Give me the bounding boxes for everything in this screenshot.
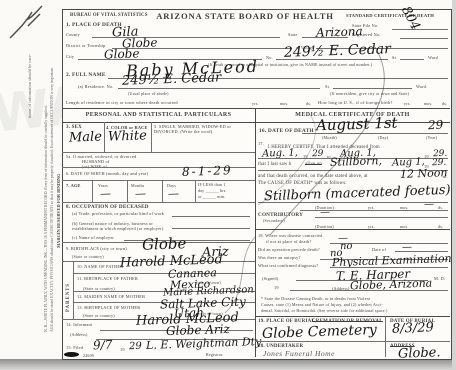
state-or-country-label-3: (State or country) xyxy=(83,313,115,318)
margin-nb-note: N. B.—WRITE PLAINLY, WITH UNFADING INK—T… xyxy=(44,105,48,332)
mother-birthplace-label: 13. BIRTHPLACE OF MOTHER xyxy=(77,305,140,310)
length-residence-label: Length of residence in city or town wher… xyxy=(66,100,178,105)
mother-maiden-label: 12. MAIDEN NAME OF MOTHER xyxy=(77,294,145,299)
father-name-label: 10. NAME OF FATHER xyxy=(77,264,123,269)
age-label: 7. AGE xyxy=(66,183,81,188)
if-less-line2: day ______ hrs. xyxy=(198,188,227,193)
undertaker-value: Jones Funeral Home xyxy=(263,349,335,358)
year-label: (Year) xyxy=(426,135,437,140)
margin-nb-note-2: AGE should be stated EXACTLY. PHYSICIANS… xyxy=(50,67,54,332)
form-line xyxy=(302,37,348,38)
footnote-line3: dental, Suicidal, or Homicidal. (See rev… xyxy=(261,308,387,313)
test-confirmed-label: What test confirmed diagnosis? xyxy=(258,263,318,268)
standard-cert-heading: STANDARD CERTIFICATE OF DEATH xyxy=(346,13,434,18)
form-line xyxy=(392,29,448,30)
scan-edge-right xyxy=(452,0,456,370)
occupation-a-label: (a) Trade, profession, or particular kin… xyxy=(72,211,170,216)
form-line xyxy=(400,38,448,39)
informant-label: 14. Informant xyxy=(66,322,92,327)
form-stamp xyxy=(64,352,79,357)
date-of-label: Date of xyxy=(372,247,386,252)
board-title: ARIZONA STATE BOARD OF HEALTH xyxy=(140,11,350,21)
cell-divider xyxy=(104,122,105,152)
occupation-label: 8. OCCUPATION OF DECEASED xyxy=(66,204,149,210)
pen-flourish xyxy=(250,45,420,240)
form-line xyxy=(92,37,280,38)
pen-flourish-left xyxy=(215,235,260,315)
cell-divider xyxy=(195,180,196,202)
parents-group-label: PARENTS xyxy=(66,283,71,312)
signed-19-label: 19 xyxy=(274,285,279,290)
abode-note: (Usual place of abode) xyxy=(128,91,169,96)
occupation-b-label: (b) General nature of industry, business… xyxy=(72,221,170,232)
state-label: State xyxy=(288,32,298,37)
form-line xyxy=(62,202,255,203)
meridiem-label: m. xyxy=(443,174,448,179)
age-years-value: — xyxy=(100,187,111,200)
operation-label: Did an operation precede death? xyxy=(258,247,320,252)
md-label: M. D. xyxy=(434,276,445,281)
undertaker-address-value: Globe. xyxy=(398,345,441,361)
margin-edge-note: items of information should be care- xyxy=(27,54,32,118)
filed-year-value: 29 xyxy=(129,341,142,352)
filed-19-label: 19 xyxy=(120,347,125,352)
dob-label: 6. DATE OF BIRTH (month, day and year) xyxy=(66,171,148,176)
place-of-burial-label: 19. PLACE OF BURIAL, xyxy=(258,319,316,324)
if-less-line3: or ______ min. xyxy=(198,194,225,199)
county-label: County xyxy=(66,32,80,37)
father-birthplace-label: 11. BIRTHPLACE OF FATHER xyxy=(77,276,138,281)
state-or-country-label: (State or country) xyxy=(72,254,104,259)
form-line xyxy=(172,228,250,229)
form-line xyxy=(172,216,250,217)
city-label: City xyxy=(66,54,74,59)
date-of-death-year: 29 xyxy=(428,118,444,133)
marital-label: 5. SINGLE, MARRIED, WIDOW-ED or DIVORCED… xyxy=(154,124,250,135)
residence-label: (a) Residence. No. xyxy=(78,84,114,89)
corner-scribble xyxy=(6,2,46,42)
dob-value: 8-1-29 xyxy=(182,163,233,179)
ward-label: Ward xyxy=(428,55,438,60)
duration-dash: — xyxy=(424,199,434,210)
age-days-value: — xyxy=(168,187,179,200)
form-line xyxy=(62,180,255,181)
full-name-label: 2. FULL NAME xyxy=(66,72,106,78)
margin-binding-note: MARGIN RESERVED FOR BINDING xyxy=(56,174,61,248)
cell-divider xyxy=(162,180,163,202)
cell-divider xyxy=(385,316,386,357)
autopsy-label: Was there an autopsy? xyxy=(258,255,301,260)
if-less-line1: IF LESS than 1 xyxy=(198,182,226,187)
form-line xyxy=(255,341,450,342)
signed-label: (Signed) xyxy=(262,276,278,281)
personal-section-title: PERSONAL AND STATISTICAL PARTICULARS xyxy=(62,112,255,118)
form-number: 22609 xyxy=(83,353,94,358)
scan-edge-bottom xyxy=(0,359,456,370)
footnote-line2: Causes, state (1) Means and Nature of In… xyxy=(261,302,383,307)
informant-address-label: (Address) xyxy=(70,332,88,337)
cell-divider xyxy=(92,180,93,202)
form-line xyxy=(255,316,450,317)
cell-divider xyxy=(151,122,152,152)
filed-label: 15. Filed xyxy=(66,345,83,350)
parents-indent-line xyxy=(73,261,74,319)
filed-date-value: 9/7 xyxy=(93,338,113,353)
form-line xyxy=(62,152,255,153)
date-of-burial-value: 8/3/29 xyxy=(392,320,434,336)
occupation-c-label: (c) Name of employer xyxy=(72,235,114,240)
death-certificate-scan: WA items of information should be care- … xyxy=(0,0,456,370)
bureau-heading: BUREAU OF VITAL STATISTICS xyxy=(70,13,148,18)
form-line xyxy=(290,290,448,291)
mos-label-2: mos. xyxy=(424,101,432,106)
race-value: White xyxy=(108,128,147,144)
birthplace-label: 9. BIRTHPLACE (city or town) xyxy=(66,246,127,251)
cell-divider xyxy=(127,180,128,202)
ds-label-2: ds. xyxy=(442,101,447,106)
birthplace-city-value: Globe xyxy=(142,234,187,254)
registrar-label: Registrar. xyxy=(206,352,223,357)
district-label: District or Township xyxy=(66,43,105,48)
age-months-value: — xyxy=(135,187,146,200)
sex-value: Male xyxy=(69,129,102,145)
footnote-line1: * State the Disease Causing Death, or in… xyxy=(261,296,370,301)
